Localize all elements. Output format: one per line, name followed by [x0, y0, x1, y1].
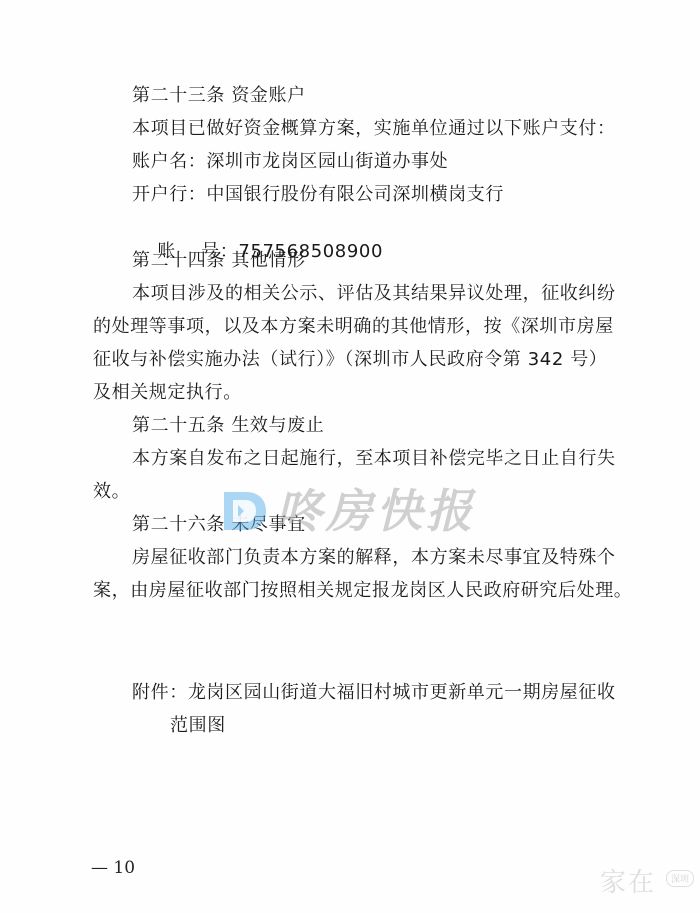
article-24-heading: 第二十四条 其他情形 — [132, 249, 306, 273]
article-25-heading: 第二十五条 生效与废止 — [132, 414, 324, 438]
bank-value: 中国银行股份有限公司深圳横岗支行 — [206, 184, 504, 205]
article-24-line-1: 本项目涉及的相关公示、评估及其结果异议处理，征收纠纷 — [132, 282, 616, 306]
page-number: — 10 — [91, 858, 135, 878]
account-name-label: 账户名： — [132, 151, 206, 172]
article-23-intro: 本项目已做好资金概算方案，实施单位通过以下账户支付： — [132, 117, 616, 141]
bank-row: 开户行：中国银行股份有限公司深圳横岗支行 — [132, 183, 504, 207]
attachment-title-line-2: 范围图 — [170, 714, 226, 738]
corner-watermark-badge: 深圳 — [666, 870, 694, 887]
attachment-label: 附件： — [132, 682, 188, 703]
document-page: 第二十三条 资金账户 本项目已做好资金概算方案，实施单位通过以下账户支付： 账户… — [0, 0, 700, 913]
article-23-heading: 第二十三条 资金账户 — [132, 84, 306, 108]
article-24-line-4: 及相关规定执行。 — [93, 381, 242, 405]
attachment-title-line-1: 龙岗区园山街道大福旧村城市更新单元一期房屋征收 — [188, 682, 616, 703]
article-25-line-2: 效。 — [93, 480, 130, 504]
watermark-text: 咚房快报 — [276, 481, 476, 541]
article-25-line-1: 本方案自发布之日起施行，至本项目补偿完毕之日止自行失 — [132, 447, 616, 471]
account-name-value: 深圳市龙岗区园山街道办事处 — [206, 151, 448, 172]
article-26-heading: 第二十六条 未尽事宜 — [132, 513, 306, 537]
article-24-line-3: 征收与补偿实施办法（试行）》（深圳市人民政府令第 342 号） — [93, 348, 607, 372]
bank-label: 开户行： — [132, 184, 206, 205]
corner-watermark-text: 家在 — [600, 862, 656, 899]
corner-watermark: 家在 深圳 — [600, 862, 700, 912]
article-24-line-2: 的处理等事项，以及本方案未明确的其他情形，按《深圳市房屋 — [93, 315, 614, 339]
article-26-line-2: 案，由房屋征收部门按照相关规定报龙岗区人民政府研究后处理。 — [93, 579, 632, 603]
account-name-row: 账户名：深圳市龙岗区园山街道办事处 — [132, 150, 448, 174]
attachment-row: 附件：龙岗区园山街道大福旧村城市更新单元一期房屋征收 — [132, 681, 616, 705]
article-26-line-1: 房屋征收部门负责本方案的解释，本方案未尽事宜及特殊个 — [132, 546, 616, 570]
